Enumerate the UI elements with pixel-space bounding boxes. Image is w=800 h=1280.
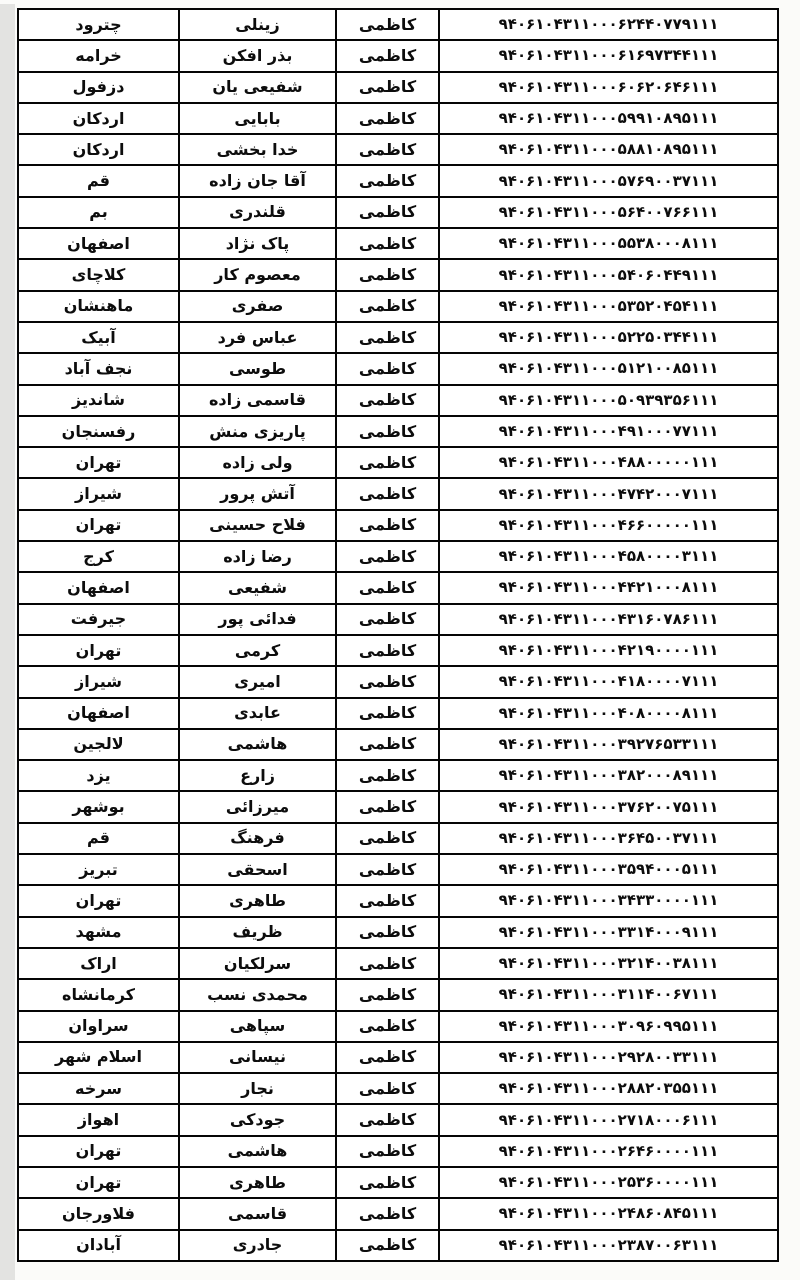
common-name-cell: کاظمی [337,1043,440,1072]
city-cell: آبیک [19,323,180,352]
table-row: اصفهان عابدی کاظمی ۹۴۰۶۱۰۴۳۱۱۰۰۰۴۰۸۰۰۰۰۸… [19,699,777,730]
id-number-cell: ۹۴۰۶۱۰۴۳۱۱۰۰۰۲۳۸۷۰۰۶۳۱۱۱ [440,1231,777,1260]
common-name-cell: کاظمی [337,1168,440,1197]
table-row: سراوان سپاهی کاظمی ۹۴۰۶۱۰۴۳۱۱۰۰۰۳۰۹۶۰۹۹۵… [19,1012,777,1043]
table-row: اصفهان پاک نژاد کاظمی ۹۴۰۶۱۰۴۳۱۱۰۰۰۵۵۳۸۰… [19,229,777,260]
table-row: شاندیز قاسمی زاده کاظمی ۹۴۰۶۱۰۴۳۱۱۰۰۰۵۰۹… [19,386,777,417]
surname-cell: هاشمی [180,730,337,759]
id-number-cell: ۹۴۰۶۱۰۴۳۱۱۰۰۰۵۸۸۱۰۸۹۵۱۱۱ [440,135,777,164]
common-name-cell: کاظمی [337,792,440,821]
table-row: تهران کرمی کاظمی ۹۴۰۶۱۰۴۳۱۱۰۰۰۴۲۱۹۰۰۰۰۱۱… [19,636,777,667]
common-name-cell: کاظمی [337,448,440,477]
table-row: اسلام شهر نیسانی کاظمی ۹۴۰۶۱۰۴۳۱۱۰۰۰۲۹۲۸… [19,1043,777,1074]
id-number-cell: ۹۴۰۶۱۰۴۳۱۱۰۰۰۴۲۱۹۰۰۰۰۱۱۱ [440,636,777,665]
table-row: دزفول شفیعی یان کاظمی ۹۴۰۶۱۰۴۳۱۱۰۰۰۶۰۶۲۰… [19,73,777,104]
city-cell: تهران [19,511,180,540]
city-cell: بم [19,198,180,227]
page-edge-shadow [0,4,15,1280]
city-cell: تهران [19,448,180,477]
city-cell: اراک [19,949,180,978]
id-number-cell: ۹۴۰۶۱۰۴۳۱۱۰۰۰۴۷۴۲۰۰۰۷۱۱۱ [440,479,777,508]
id-number-cell: ۹۴۰۶۱۰۴۳۱۱۰۰۰۶۲۴۴۰۷۷۹۱۱۱ [440,10,777,39]
common-name-cell: کاظمی [337,949,440,978]
city-cell: تهران [19,636,180,665]
table-row: آبیک عباس فرد کاظمی ۹۴۰۶۱۰۴۳۱۱۰۰۰۵۲۲۵۰۳۴… [19,323,777,354]
surname-cell: بابایی [180,104,337,133]
table-row: رفسنجان پاریزی منش کاظمی ۹۴۰۶۱۰۴۳۱۱۰۰۰۴۹… [19,417,777,448]
id-number-cell: ۹۴۰۶۱۰۴۳۱۱۰۰۰۲۴۸۶۰۸۴۵۱۱۱ [440,1199,777,1228]
table-row: قم آقا جان زاده کاظمی ۹۴۰۶۱۰۴۳۱۱۰۰۰۵۷۶۹۰… [19,166,777,197]
table-row: آبادان جادری کاظمی ۹۴۰۶۱۰۴۳۱۱۰۰۰۲۳۸۷۰۰۶۳… [19,1231,777,1260]
common-name-cell: کاظمی [337,605,440,634]
city-cell: اردکان [19,104,180,133]
surname-cell: محمدی نسب [180,980,337,1009]
id-number-cell: ۹۴۰۶۱۰۴۳۱۱۰۰۰۵۴۰۶۰۴۴۹۱۱۱ [440,260,777,289]
id-number-cell: ۹۴۰۶۱۰۴۳۱۱۰۰۰۵۰۹۳۹۳۵۶۱۱۱ [440,386,777,415]
surname-cell: عباس فرد [180,323,337,352]
city-cell: رفسنجان [19,417,180,446]
table-row: ماهنشان صفری کاظمی ۹۴۰۶۱۰۴۳۱۱۰۰۰۵۳۵۲۰۴۵۴… [19,292,777,323]
surname-cell: آتش پرور [180,479,337,508]
table-row: اهواز جودکی کاظمی ۹۴۰۶۱۰۴۳۱۱۰۰۰۲۷۱۸۰۰۰۶۱… [19,1105,777,1136]
id-number-cell: ۹۴۰۶۱۰۴۳۱۱۰۰۰۵۷۶۹۰۰۳۷۱۱۱ [440,166,777,195]
table-row: اراک سرلکیان کاظمی ۹۴۰۶۱۰۴۳۱۱۰۰۰۳۲۱۴۰۰۳۸… [19,949,777,980]
surname-cell: ظریف [180,918,337,947]
table-row: لالجین هاشمی کاظمی ۹۴۰۶۱۰۴۳۱۱۰۰۰۳۹۲۷۶۵۳۳… [19,730,777,761]
table-row: بوشهر میرزائی کاظمی ۹۴۰۶۱۰۴۳۱۱۰۰۰۳۷۶۲۰۰۷… [19,792,777,823]
city-cell: تهران [19,1168,180,1197]
id-number-cell: ۹۴۰۶۱۰۴۳۱۱۰۰۰۵۵۳۸۰۰۰۸۱۱۱ [440,229,777,258]
table-row: اصفهان شفیعی کاظمی ۹۴۰۶۱۰۴۳۱۱۰۰۰۴۴۲۱۰۰۰۸… [19,573,777,604]
id-number-cell: ۹۴۰۶۱۰۴۳۱۱۰۰۰۳۵۹۴۰۰۰۵۱۱۱ [440,855,777,884]
common-name-cell: کاظمی [337,573,440,602]
surname-cell: فدائی پور [180,605,337,634]
id-number-cell: ۹۴۰۶۱۰۴۳۱۱۰۰۰۳۰۹۶۰۹۹۵۱۱۱ [440,1012,777,1041]
id-number-cell: ۹۴۰۶۱۰۴۳۱۱۰۰۰۶۱۶۹۷۳۴۴۱۱۱ [440,41,777,70]
id-number-cell: ۹۴۰۶۱۰۴۳۱۱۰۰۰۳۱۱۴۰۰۶۷۱۱۱ [440,980,777,1009]
city-cell: تهران [19,1137,180,1166]
surname-cell: طوسی [180,354,337,383]
id-number-cell: ۹۴۰۶۱۰۴۳۱۱۰۰۰۲۵۳۶۰۰۰۰۱۱۱ [440,1168,777,1197]
table-row: تبریز اسحقی کاظمی ۹۴۰۶۱۰۴۳۱۱۰۰۰۳۵۹۴۰۰۰۵۱… [19,855,777,886]
city-cell: تبریز [19,855,180,884]
common-name-cell: کاظمی [337,1105,440,1134]
surname-cell: قاسمی زاده [180,386,337,415]
id-number-cell: ۹۴۰۶۱۰۴۳۱۱۰۰۰۳۴۳۳۰۰۰۰۱۱۱ [440,886,777,915]
table-row: مشهد ظریف کاظمی ۹۴۰۶۱۰۴۳۱۱۰۰۰۳۳۱۴۰۰۰۹۱۱۱ [19,918,777,949]
common-name-cell: کاظمی [337,229,440,258]
city-cell: شیراز [19,667,180,696]
id-number-cell: ۹۴۰۶۱۰۴۳۱۱۰۰۰۵۹۹۱۰۸۹۵۱۱۱ [440,104,777,133]
common-name-cell: کاظمی [337,10,440,39]
common-name-cell: کاظمی [337,667,440,696]
surname-cell: ولی زاده [180,448,337,477]
id-number-cell: ۹۴۰۶۱۰۴۳۱۱۰۰۰۵۶۴۰۰۷۶۶۱۱۱ [440,198,777,227]
table-row: کرج رضا زاده کاظمی ۹۴۰۶۱۰۴۳۱۱۰۰۰۴۵۸۰۰۰۰۳… [19,542,777,573]
common-name-cell: کاظمی [337,292,440,321]
city-cell: چترود [19,10,180,39]
table-row: کلاچای معصوم کار کاظمی ۹۴۰۶۱۰۴۳۱۱۰۰۰۵۴۰۶… [19,260,777,291]
city-cell: فلاورجان [19,1199,180,1228]
id-number-cell: ۹۴۰۶۱۰۴۳۱۱۰۰۰۶۰۶۲۰۶۴۶۱۱۱ [440,73,777,102]
surname-cell: قاسمی [180,1199,337,1228]
common-name-cell: کاظمی [337,730,440,759]
city-cell: اصفهان [19,699,180,728]
surname-cell: خدا بخشی [180,135,337,164]
common-name-cell: کاظمی [337,918,440,947]
id-number-cell: ۹۴۰۶۱۰۴۳۱۱۰۰۰۴۸۸۰۰۰۰۰۱۱۱ [440,448,777,477]
surname-cell: جادری [180,1231,337,1260]
scanned-page: چترود زینلی کاظمی ۹۴۰۶۱۰۴۳۱۱۰۰۰۶۲۴۴۰۷۷۹۱… [0,0,800,1280]
surname-cell: کرمی [180,636,337,665]
city-cell: شیراز [19,479,180,508]
id-number-cell: ۹۴۰۶۱۰۴۳۱۱۰۰۰۴۵۸۰۰۰۰۳۱۱۱ [440,542,777,571]
common-name-cell: کاظمی [337,855,440,884]
table-row: شیراز امیری کاظمی ۹۴۰۶۱۰۴۳۱۱۰۰۰۴۱۸۰۰۰۰۷۱… [19,667,777,698]
id-number-cell: ۹۴۰۶۱۰۴۳۱۱۰۰۰۴۴۲۱۰۰۰۸۱۱۱ [440,573,777,602]
common-name-cell: کاظمی [337,761,440,790]
surname-cell: طاهری [180,886,337,915]
id-number-cell: ۹۴۰۶۱۰۴۳۱۱۰۰۰۴۹۱۰۰۰۷۷۱۱۱ [440,417,777,446]
common-name-cell: کاظمی [337,198,440,227]
city-cell: سراوان [19,1012,180,1041]
surname-cell: صفری [180,292,337,321]
records-table: چترود زینلی کاظمی ۹۴۰۶۱۰۴۳۱۱۰۰۰۶۲۴۴۰۷۷۹۱… [17,8,779,1262]
city-cell: خرامه [19,41,180,70]
id-number-cell: ۹۴۰۶۱۰۴۳۱۱۰۰۰۳۲۱۴۰۰۳۸۱۱۱ [440,949,777,978]
common-name-cell: کاظمی [337,479,440,508]
surname-cell: سرلکیان [180,949,337,978]
surname-cell: قلندری [180,198,337,227]
surname-cell: جودکی [180,1105,337,1134]
city-cell: نجف آباد [19,354,180,383]
id-number-cell: ۹۴۰۶۱۰۴۳۱۱۰۰۰۵۱۲۱۰۰۸۵۱۱۱ [440,354,777,383]
id-number-cell: ۹۴۰۶۱۰۴۳۱۱۰۰۰۵۳۵۲۰۴۵۴۱۱۱ [440,292,777,321]
surname-cell: نیسانی [180,1043,337,1072]
table-row: تهران فلاح حسینی کاظمی ۹۴۰۶۱۰۴۳۱۱۰۰۰۴۶۶۰… [19,511,777,542]
surname-cell: امیری [180,667,337,696]
city-cell: جیرفت [19,605,180,634]
surname-cell: آقا جان زاده [180,166,337,195]
surname-cell: زینلی [180,10,337,39]
common-name-cell: کاظمی [337,511,440,540]
surname-cell: میرزائی [180,792,337,821]
table-row: شیراز آتش پرور کاظمی ۹۴۰۶۱۰۴۳۱۱۰۰۰۴۷۴۲۰۰… [19,479,777,510]
city-cell: آبادان [19,1231,180,1260]
surname-cell: سپاهی [180,1012,337,1041]
surname-cell: بذر افکن [180,41,337,70]
common-name-cell: کاظمی [337,166,440,195]
id-number-cell: ۹۴۰۶۱۰۴۳۱۱۰۰۰۳۸۲۰۰۰۸۹۱۱۱ [440,761,777,790]
city-cell: کرج [19,542,180,571]
city-cell: بوشهر [19,792,180,821]
common-name-cell: کاظمی [337,824,440,853]
common-name-cell: کاظمی [337,135,440,164]
table-row: تهران طاهری کاظمی ۹۴۰۶۱۰۴۳۱۱۰۰۰۳۴۳۳۰۰۰۰۱… [19,886,777,917]
id-number-cell: ۹۴۰۶۱۰۴۳۱۱۰۰۰۴۶۶۰۰۰۰۰۱۱۱ [440,511,777,540]
common-name-cell: کاظمی [337,386,440,415]
city-cell: ماهنشان [19,292,180,321]
table-row: تهران طاهری کاظمی ۹۴۰۶۱۰۴۳۱۱۰۰۰۲۵۳۶۰۰۰۰۱… [19,1168,777,1199]
id-number-cell: ۹۴۰۶۱۰۴۳۱۱۰۰۰۴۱۸۰۰۰۰۷۱۱۱ [440,667,777,696]
table-row: قم فرهنگ کاظمی ۹۴۰۶۱۰۴۳۱۱۰۰۰۳۶۴۵۰۰۳۷۱۱۱ [19,824,777,855]
surname-cell: شفیعی یان [180,73,337,102]
city-cell: دزفول [19,73,180,102]
table-row: جیرفت فدائی پور کاظمی ۹۴۰۶۱۰۴۳۱۱۰۰۰۴۳۱۶۰… [19,605,777,636]
common-name-cell: کاظمی [337,260,440,289]
surname-cell: نجار [180,1074,337,1103]
common-name-cell: کاظمی [337,73,440,102]
surname-cell: طاهری [180,1168,337,1197]
common-name-cell: کاظمی [337,41,440,70]
table-row: کرمانشاه محمدی نسب کاظمی ۹۴۰۶۱۰۴۳۱۱۰۰۰۳۱… [19,980,777,1011]
table-row: یزد زارع کاظمی ۹۴۰۶۱۰۴۳۱۱۰۰۰۳۸۲۰۰۰۸۹۱۱۱ [19,761,777,792]
table-row: فلاورجان قاسمی کاظمی ۹۴۰۶۱۰۴۳۱۱۰۰۰۲۴۸۶۰۸… [19,1199,777,1230]
surname-cell: معصوم کار [180,260,337,289]
table-row: سرخه نجار کاظمی ۹۴۰۶۱۰۴۳۱۱۰۰۰۲۸۸۲۰۳۵۵۱۱۱ [19,1074,777,1105]
id-number-cell: ۹۴۰۶۱۰۴۳۱۱۰۰۰۴۳۱۶۰۷۸۶۱۱۱ [440,605,777,634]
common-name-cell: کاظمی [337,1231,440,1260]
common-name-cell: کاظمی [337,323,440,352]
city-cell: لالجین [19,730,180,759]
id-number-cell: ۹۴۰۶۱۰۴۳۱۱۰۰۰۳۹۲۷۶۵۳۳۱۱۱ [440,730,777,759]
city-cell: قم [19,824,180,853]
id-number-cell: ۹۴۰۶۱۰۴۳۱۱۰۰۰۳۶۴۵۰۰۳۷۱۱۱ [440,824,777,853]
common-name-cell: کاظمی [337,1012,440,1041]
table-row: بم قلندری کاظمی ۹۴۰۶۱۰۴۳۱۱۰۰۰۵۶۴۰۰۷۶۶۱۱۱ [19,198,777,229]
id-number-cell: ۹۴۰۶۱۰۴۳۱۱۰۰۰۳۳۱۴۰۰۰۹۱۱۱ [440,918,777,947]
common-name-cell: کاظمی [337,699,440,728]
id-number-cell: ۹۴۰۶۱۰۴۳۱۱۰۰۰۴۰۸۰۰۰۰۸۱۱۱ [440,699,777,728]
table-row: نجف آباد طوسی کاظمی ۹۴۰۶۱۰۴۳۱۱۰۰۰۵۱۲۱۰۰۸… [19,354,777,385]
surname-cell: زارع [180,761,337,790]
common-name-cell: کاظمی [337,980,440,1009]
common-name-cell: کاظمی [337,1199,440,1228]
common-name-cell: کاظمی [337,354,440,383]
surname-cell: رضا زاده [180,542,337,571]
table-row: خرامه بذر افکن کاظمی ۹۴۰۶۱۰۴۳۱۱۰۰۰۶۱۶۹۷۳… [19,41,777,72]
city-cell: اسلام شهر [19,1043,180,1072]
surname-cell: عابدی [180,699,337,728]
surname-cell: فرهنگ [180,824,337,853]
table-row: اردکان خدا بخشی کاظمی ۹۴۰۶۱۰۴۳۱۱۰۰۰۵۸۸۱۰… [19,135,777,166]
table-row: تهران هاشمی کاظمی ۹۴۰۶۱۰۴۳۱۱۰۰۰۲۶۴۶۰۰۰۰۱… [19,1137,777,1168]
common-name-cell: کاظمی [337,542,440,571]
city-cell: شاندیز [19,386,180,415]
city-cell: اهواز [19,1105,180,1134]
table-row: اردکان بابایی کاظمی ۹۴۰۶۱۰۴۳۱۱۰۰۰۵۹۹۱۰۸۹… [19,104,777,135]
city-cell: کلاچای [19,260,180,289]
city-cell: مشهد [19,918,180,947]
table-row: چترود زینلی کاظمی ۹۴۰۶۱۰۴۳۱۱۰۰۰۶۲۴۴۰۷۷۹۱… [19,10,777,41]
id-number-cell: ۹۴۰۶۱۰۴۳۱۱۰۰۰۲۹۲۸۰۰۳۳۱۱۱ [440,1043,777,1072]
table-row: تهران ولی زاده کاظمی ۹۴۰۶۱۰۴۳۱۱۰۰۰۴۸۸۰۰۰… [19,448,777,479]
city-cell: اصفهان [19,229,180,258]
city-cell: یزد [19,761,180,790]
surname-cell: پاریزی منش [180,417,337,446]
city-cell: سرخه [19,1074,180,1103]
common-name-cell: کاظمی [337,1074,440,1103]
city-cell: اردکان [19,135,180,164]
common-name-cell: کاظمی [337,104,440,133]
id-number-cell: ۹۴۰۶۱۰۴۳۱۱۰۰۰۲۶۴۶۰۰۰۰۱۱۱ [440,1137,777,1166]
surname-cell: شفیعی [180,573,337,602]
id-number-cell: ۹۴۰۶۱۰۴۳۱۱۰۰۰۳۷۶۲۰۰۷۵۱۱۱ [440,792,777,821]
common-name-cell: کاظمی [337,886,440,915]
surname-cell: پاک نژاد [180,229,337,258]
id-number-cell: ۹۴۰۶۱۰۴۳۱۱۰۰۰۵۲۲۵۰۳۴۴۱۱۱ [440,323,777,352]
surname-cell: هاشمی [180,1137,337,1166]
city-cell: کرمانشاه [19,980,180,1009]
surname-cell: فلاح حسینی [180,511,337,540]
surname-cell: اسحقی [180,855,337,884]
city-cell: اصفهان [19,573,180,602]
common-name-cell: کاظمی [337,417,440,446]
common-name-cell: کاظمی [337,1137,440,1166]
city-cell: قم [19,166,180,195]
common-name-cell: کاظمی [337,636,440,665]
id-number-cell: ۹۴۰۶۱۰۴۳۱۱۰۰۰۲۸۸۲۰۳۵۵۱۱۱ [440,1074,777,1103]
id-number-cell: ۹۴۰۶۱۰۴۳۱۱۰۰۰۲۷۱۸۰۰۰۶۱۱۱ [440,1105,777,1134]
city-cell: تهران [19,886,180,915]
